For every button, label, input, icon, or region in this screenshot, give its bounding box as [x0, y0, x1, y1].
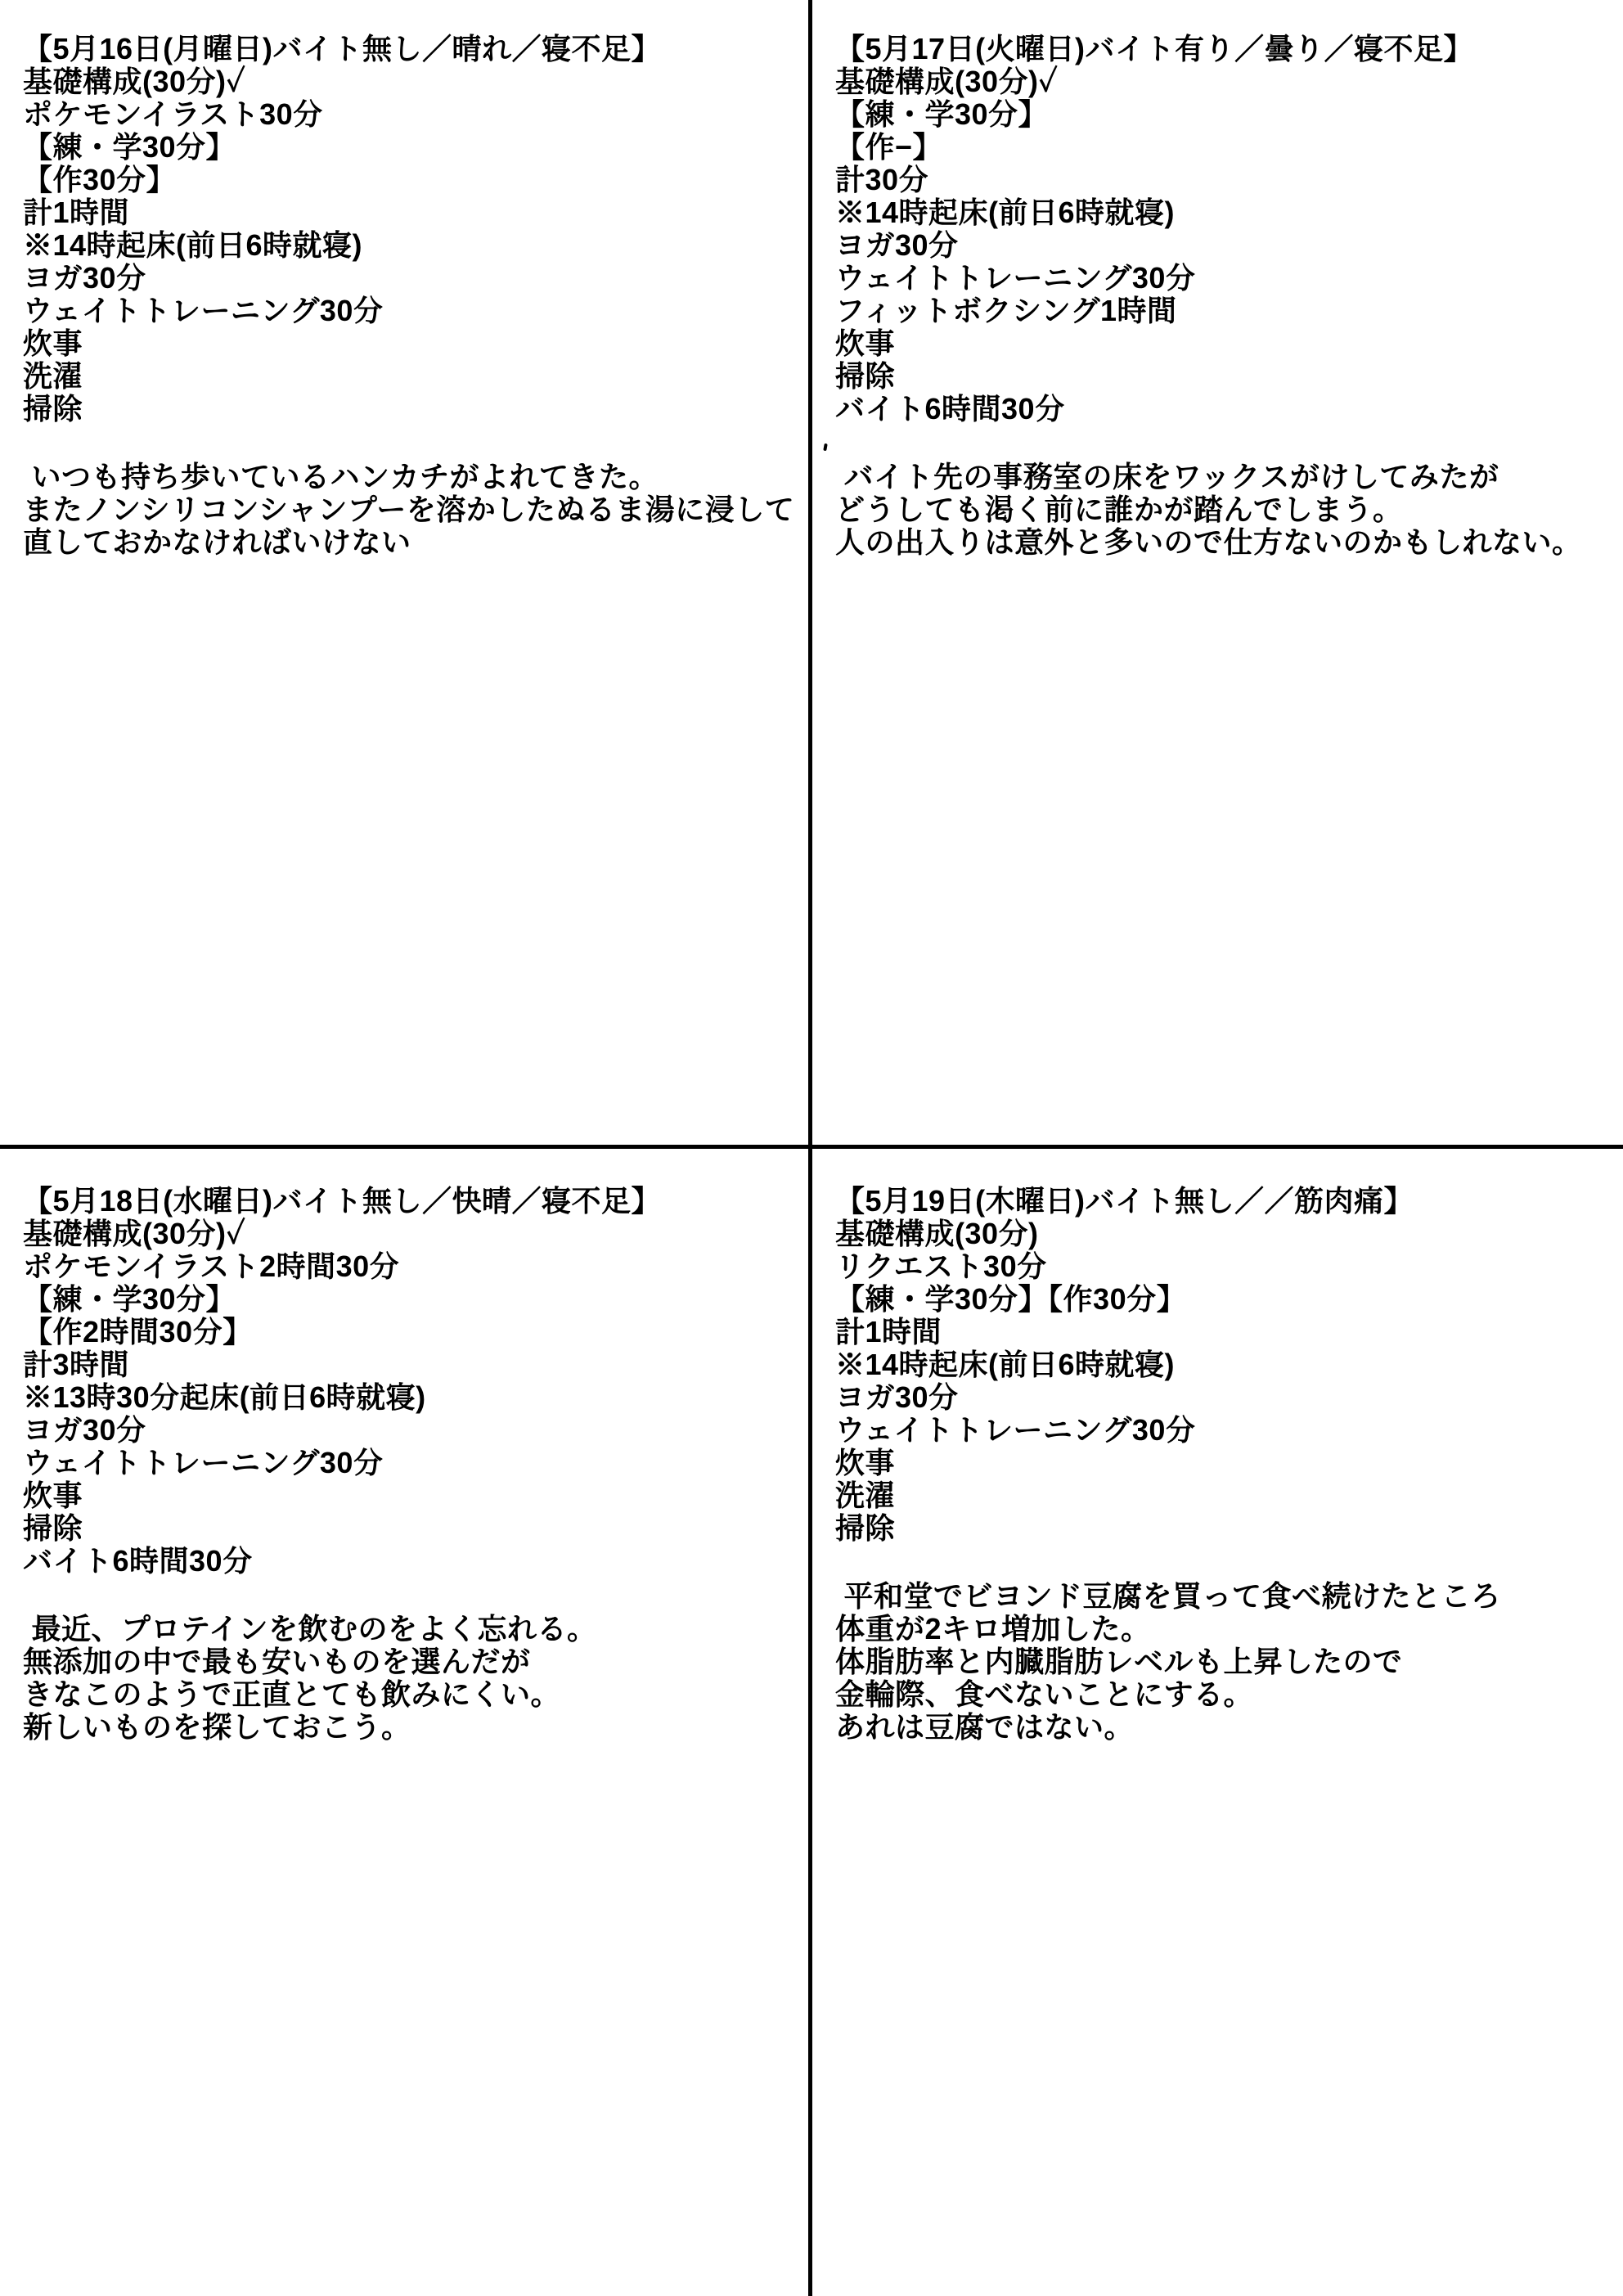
text-line: 【5月18日(水曜日)バイト無し／快晴／寝不足】 — [23, 1185, 808, 1218]
text-line: 掃除 — [23, 393, 808, 425]
text-line: 【5月19日(木曜日)バイト無し／／筋肉痛】 — [835, 1185, 1623, 1218]
note-paragraph: バイト先の事務室の床をワックスがけしてみたがどうしても渇く前に誰かが踏んでしまう… — [835, 461, 1623, 559]
diary-entry-may16: 【5月16日(月曜日)バイト無し／晴れ／寝不足】基礎構成(30分)✓ポケモンイラ… — [0, 0, 808, 1145]
text-line: 体脂肪率と内臓脂肪レベルも上昇したので — [835, 1645, 1623, 1678]
text-line: ※13時30分起床(前日6時就寝) — [23, 1381, 808, 1414]
text-line: ウェイトトレーニング30分 — [835, 1414, 1623, 1447]
text-line: 直しておかなければいけない — [23, 526, 808, 559]
text-line: ウェイトトレーニング30分 — [835, 262, 1623, 295]
text-line: またノンシリコンシャンプーを溶かしたぬるま湯に浸して — [23, 493, 808, 526]
text-line: バイト先の事務室の床をワックスがけしてみたが — [835, 461, 1623, 493]
text-line: バイト6時間30分 — [835, 393, 1623, 425]
note-paragraph: 最近、プロテインを飲むのをよく忘れる。無添加の中で最も安いものを選んだがきなこの… — [23, 1613, 808, 1744]
text-line: 【練・学30分】 — [23, 1283, 808, 1316]
text-line: ※14時起床(前日6時就寝) — [23, 229, 808, 262]
text-line: 【作2時間30分】 — [23, 1316, 808, 1348]
text-line: 基礎構成(30分)✓ — [23, 1218, 808, 1250]
text-line: 計30分 — [835, 164, 1623, 196]
text-line: 体重が2キロ増加した。 — [835, 1613, 1623, 1645]
activity-list: 【5月16日(月曜日)バイト無し／晴れ／寝不足】基礎構成(30分)✓ポケモンイラ… — [23, 33, 808, 425]
text-line: 洗濯 — [835, 1479, 1623, 1512]
text-line: 計1時間 — [835, 1316, 1623, 1348]
text-line: 【作30分】 — [23, 164, 808, 196]
text-line: 基礎構成(30分)✓ — [23, 65, 808, 98]
text-line: 基礎構成(30分)✓ — [835, 65, 1623, 98]
text-line: あれは豆腐ではない。 — [835, 1711, 1623, 1744]
text-line: 掃除 — [835, 360, 1623, 393]
diary-entry-may19: 【5月19日(木曜日)バイト無し／／筋肉痛】基礎構成(30分)リクエスト30分【… — [812, 1149, 1623, 2296]
text-line: ※14時起床(前日6時就寝) — [835, 1348, 1623, 1381]
activity-list: 【5月17日(火曜日)バイト有り／曇り／寝不足】基礎構成(30分)✓【練・学30… — [835, 33, 1623, 425]
text-line: 計1時間 — [23, 196, 808, 229]
text-line: 平和堂でビヨンド豆腐を買って食べ続けたところ — [835, 1580, 1623, 1613]
text-line: ヨガ30分 — [835, 1381, 1623, 1414]
text-line: 炊事 — [23, 327, 808, 360]
text-line: ポケモンイラスト2時間30分 — [23, 1250, 808, 1283]
text-line: 無添加の中で最も安いものを選んだが — [23, 1645, 808, 1678]
text-line: バイト6時間30分 — [23, 1545, 808, 1578]
horizontal-divider-rule — [0, 1145, 1623, 1149]
text-line: 最近、プロテインを飲むのをよく忘れる。 — [23, 1613, 808, 1645]
text-line: ポケモンイラスト30分 — [23, 98, 808, 131]
text-line: ヨガ30分 — [23, 1414, 808, 1447]
text-line: リクエスト30分 — [835, 1250, 1623, 1283]
text-line: 【練・学30分】 — [835, 98, 1623, 131]
text-line: 【5月17日(火曜日)バイト有り／曇り／寝不足】 — [835, 33, 1623, 65]
text-line: 掃除 — [835, 1512, 1623, 1545]
text-line: 洗濯 — [23, 360, 808, 393]
text-line: 掃除 — [23, 1512, 808, 1545]
note-paragraph: いつも持ち歩いているハンカチがよれてきた。またノンシリコンシャンプーを溶かしたぬ… — [23, 461, 808, 559]
diary-entry-may18: 【5月18日(水曜日)バイト無し／快晴／寝不足】基礎構成(30分)✓ポケモンイラ… — [0, 1149, 808, 2296]
text-line: 計3時間 — [23, 1348, 808, 1381]
text-line: 基礎構成(30分) — [835, 1218, 1623, 1250]
text-line: 新しいものを探しておこう。 — [23, 1711, 808, 1744]
text-line: いつも持ち歩いているハンカチがよれてきた。 — [23, 461, 808, 493]
text-line: 炊事 — [23, 1479, 808, 1512]
text-line: 【練・学30分】 — [23, 131, 808, 164]
text-line: 【作−】 — [835, 131, 1623, 164]
text-line: 炊事 — [835, 1447, 1623, 1479]
text-line: 【練・学30分】【作30分】 — [835, 1283, 1623, 1316]
text-line: どうしても渇く前に誰かが踏んでしまう。 — [835, 493, 1623, 526]
diary-entry-may17: 【5月17日(火曜日)バイト有り／曇り／寝不足】基礎構成(30分)✓【練・学30… — [812, 0, 1623, 1145]
text-line: 人の出入りは意外と多いので仕方ないのかもしれない。 — [835, 526, 1623, 559]
text-line: フィットボクシング1時間 — [835, 295, 1623, 327]
diary-page: 【5月16日(月曜日)バイト無し／晴れ／寝不足】基礎構成(30分)✓ポケモンイラ… — [0, 0, 1623, 2296]
text-line: ※14時起床(前日6時就寝) — [835, 196, 1623, 229]
text-line: ウェイトトレーニング30分 — [23, 1447, 808, 1479]
note-paragraph: 平和堂でビヨンド豆腐を買って食べ続けたところ体重が2キロ増加した。体脂肪率と内臓… — [835, 1580, 1623, 1744]
activity-list: 【5月19日(木曜日)バイト無し／／筋肉痛】基礎構成(30分)リクエスト30分【… — [835, 1185, 1623, 1545]
text-line: ヨガ30分 — [23, 262, 808, 295]
text-line: ヨガ30分 — [835, 229, 1623, 262]
activity-list: 【5月18日(水曜日)バイト無し／快晴／寝不足】基礎構成(30分)✓ポケモンイラ… — [23, 1185, 808, 1578]
text-line: 【5月16日(月曜日)バイト無し／晴れ／寝不足】 — [23, 33, 808, 65]
text-line: ウェイトトレーニング30分 — [23, 295, 808, 327]
text-line: 炊事 — [835, 327, 1623, 360]
text-line: 金輪際、食べないことにする。 — [835, 1678, 1623, 1711]
text-line: きなこのようで正直とても飲みにくい。 — [23, 1678, 808, 1711]
